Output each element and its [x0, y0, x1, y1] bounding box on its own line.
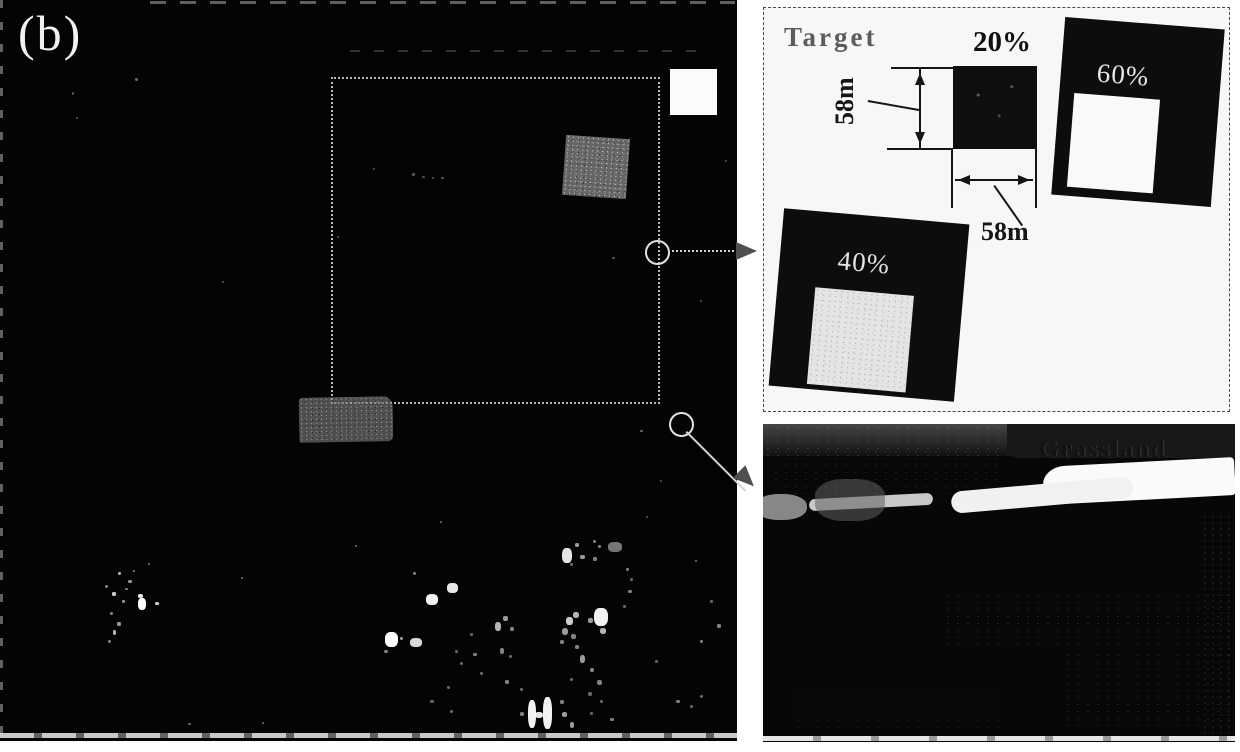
bright-spot [628, 590, 632, 593]
bright-spot [105, 585, 108, 588]
bright-spot [385, 632, 398, 647]
width-dimension-label: 58m [981, 217, 1029, 247]
bright-spot [118, 572, 121, 575]
bright-spot [571, 634, 576, 639]
tarp-40-inner-panel [807, 287, 914, 392]
bright-spot [700, 300, 702, 302]
tarp-60-square: 60% [1051, 17, 1224, 207]
bright-spot [710, 600, 713, 603]
tarp-40-square: 40% [769, 208, 970, 402]
tarp-label-40: 40% [836, 245, 891, 280]
bright-spot [138, 598, 146, 610]
photo-caption: Grassland [1039, 436, 1167, 464]
scan-artifact-bottom [0, 733, 737, 738]
photo-noise [793, 689, 1003, 729]
bright-spot [570, 722, 574, 728]
bright-spot [155, 602, 159, 605]
bright-spot [562, 548, 572, 563]
bright-spot [630, 578, 633, 581]
bright-spot [725, 160, 727, 162]
bright-spot [566, 617, 573, 625]
bright-spot [575, 543, 579, 547]
bright-spot [440, 521, 442, 523]
bright-spot [503, 616, 508, 621]
callout-line-target [668, 250, 738, 252]
bright-spot [505, 680, 509, 684]
bright-spot [117, 622, 121, 626]
callout-circle-target [645, 240, 670, 265]
bright-spot [108, 640, 111, 643]
bright-spot [588, 618, 593, 623]
bright-spot [573, 612, 579, 618]
bright-spot [188, 723, 191, 725]
bright-spot [412, 173, 415, 176]
bright-spot [473, 653, 477, 656]
bright-spot [128, 580, 132, 583]
callout-circle-grassland [669, 412, 694, 437]
bright-spot [640, 430, 643, 432]
tarp-label-20: 20% [960, 26, 1044, 59]
bright-spot [110, 612, 113, 615]
bright-spot [570, 563, 573, 566]
bright-spot [509, 655, 512, 658]
bright-spot [535, 712, 543, 718]
tarp-60-inner-panel [1067, 93, 1160, 193]
bright-spot [495, 622, 501, 631]
bright-spot [562, 712, 567, 717]
photo-noise [771, 448, 1001, 506]
bright-spot [623, 605, 626, 608]
horizontal-dimension-arrow [955, 179, 1033, 181]
bright-spot [700, 695, 703, 698]
scan-artifact-bottom [763, 736, 1235, 741]
bright-spot [575, 645, 579, 649]
bright-spot [447, 686, 450, 689]
bright-spot [262, 722, 264, 724]
bright-spot [125, 588, 128, 590]
bright-spot [400, 637, 403, 640]
bright-spot [560, 640, 564, 644]
bright-spot [133, 570, 135, 572]
bright-spot [500, 648, 504, 654]
bright-spot [593, 557, 597, 561]
tarp-label-60: 60% [1096, 58, 1151, 93]
bright-spot [432, 177, 434, 179]
grassland-photo-panel: Grassland [763, 424, 1235, 742]
bright-spot [580, 555, 585, 559]
dimension-tick [891, 67, 953, 69]
arrow-right-icon [736, 242, 757, 260]
bright-spot [520, 712, 524, 716]
bright-spot [455, 650, 458, 653]
bright-spot [470, 633, 473, 636]
bright-spot [597, 680, 602, 685]
bright-spot [355, 545, 357, 547]
bright-spot [520, 688, 523, 691]
dimension-tick [887, 148, 953, 150]
bright-spot [600, 628, 606, 634]
bright-spot [676, 700, 680, 703]
bright-spot [222, 281, 224, 283]
bright-spot [562, 628, 568, 635]
bright-spot [241, 577, 243, 579]
bright-spot [113, 630, 116, 635]
bright-spot [612, 257, 615, 259]
bright-spot [426, 594, 438, 605]
satellite-image-panel: (b) [0, 0, 737, 741]
leader-line [868, 100, 920, 111]
bright-spot [441, 177, 444, 179]
bright-spot [72, 92, 74, 95]
bright-spot [590, 668, 594, 672]
panel-title: Target [784, 22, 878, 53]
photo-noise [943, 592, 1233, 648]
bright-spot [608, 542, 622, 552]
bright-spot [700, 640, 703, 643]
bright-spot [570, 678, 573, 681]
bright-spot [580, 655, 585, 663]
bright-spot [447, 583, 458, 593]
target-diagram-panel: Target 20% 58m 58m 60% 40% [763, 7, 1230, 412]
bright-spot [480, 672, 483, 675]
bright-spot [598, 545, 601, 548]
height-dimension-label: 58m [830, 70, 862, 132]
bright-spot [422, 176, 425, 178]
bright-spot [135, 78, 138, 81]
bright-spot [384, 650, 388, 653]
bright-spot [590, 712, 593, 715]
bright-spot [655, 660, 658, 663]
bright-spot [112, 592, 116, 596]
tarp-20-square [953, 66, 1037, 149]
bright-spot [717, 624, 721, 628]
bright-spot [543, 697, 552, 729]
bright-spot [450, 710, 453, 713]
figure-b: (b) Target 20% 58m 58m 60% 40% [0, 0, 1240, 752]
photo-noise [1201, 514, 1235, 738]
bright-spot [510, 627, 514, 631]
bright-spot [588, 692, 592, 696]
bright-spot [122, 600, 125, 603]
bright-spot [373, 168, 375, 170]
bright-spot [560, 700, 564, 704]
bright-spot [460, 662, 463, 665]
extension-line [1035, 149, 1037, 208]
bright-spot [413, 572, 416, 575]
bright-spot [148, 563, 150, 565]
bright-spot [600, 700, 603, 703]
bright-spot [430, 700, 434, 703]
bright-spot [660, 480, 662, 482]
bright-spot [410, 638, 422, 647]
bright-spot [646, 516, 648, 518]
bright-spot [626, 568, 629, 571]
bright-spot [690, 705, 693, 708]
bright-spot [610, 718, 614, 721]
bright-spot [76, 117, 78, 119]
bright-spots-layer [0, 0, 737, 741]
bright-spot [594, 608, 608, 626]
bright-spot [337, 236, 339, 238]
bright-spot [593, 540, 596, 543]
bright-spot [695, 560, 697, 562]
